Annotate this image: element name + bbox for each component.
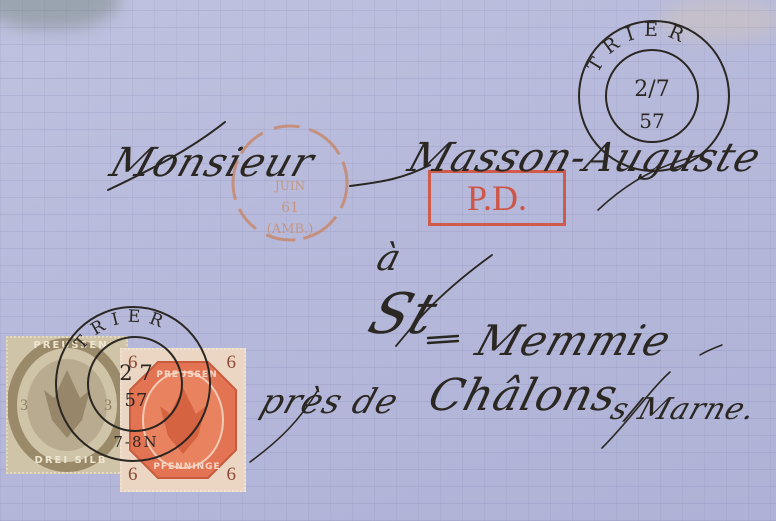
handwriting-flourishes <box>0 0 776 521</box>
postal-cover: JUIN 61 (AMB.) P.D. TRIER 2/7 57 3 3 <box>0 0 776 521</box>
